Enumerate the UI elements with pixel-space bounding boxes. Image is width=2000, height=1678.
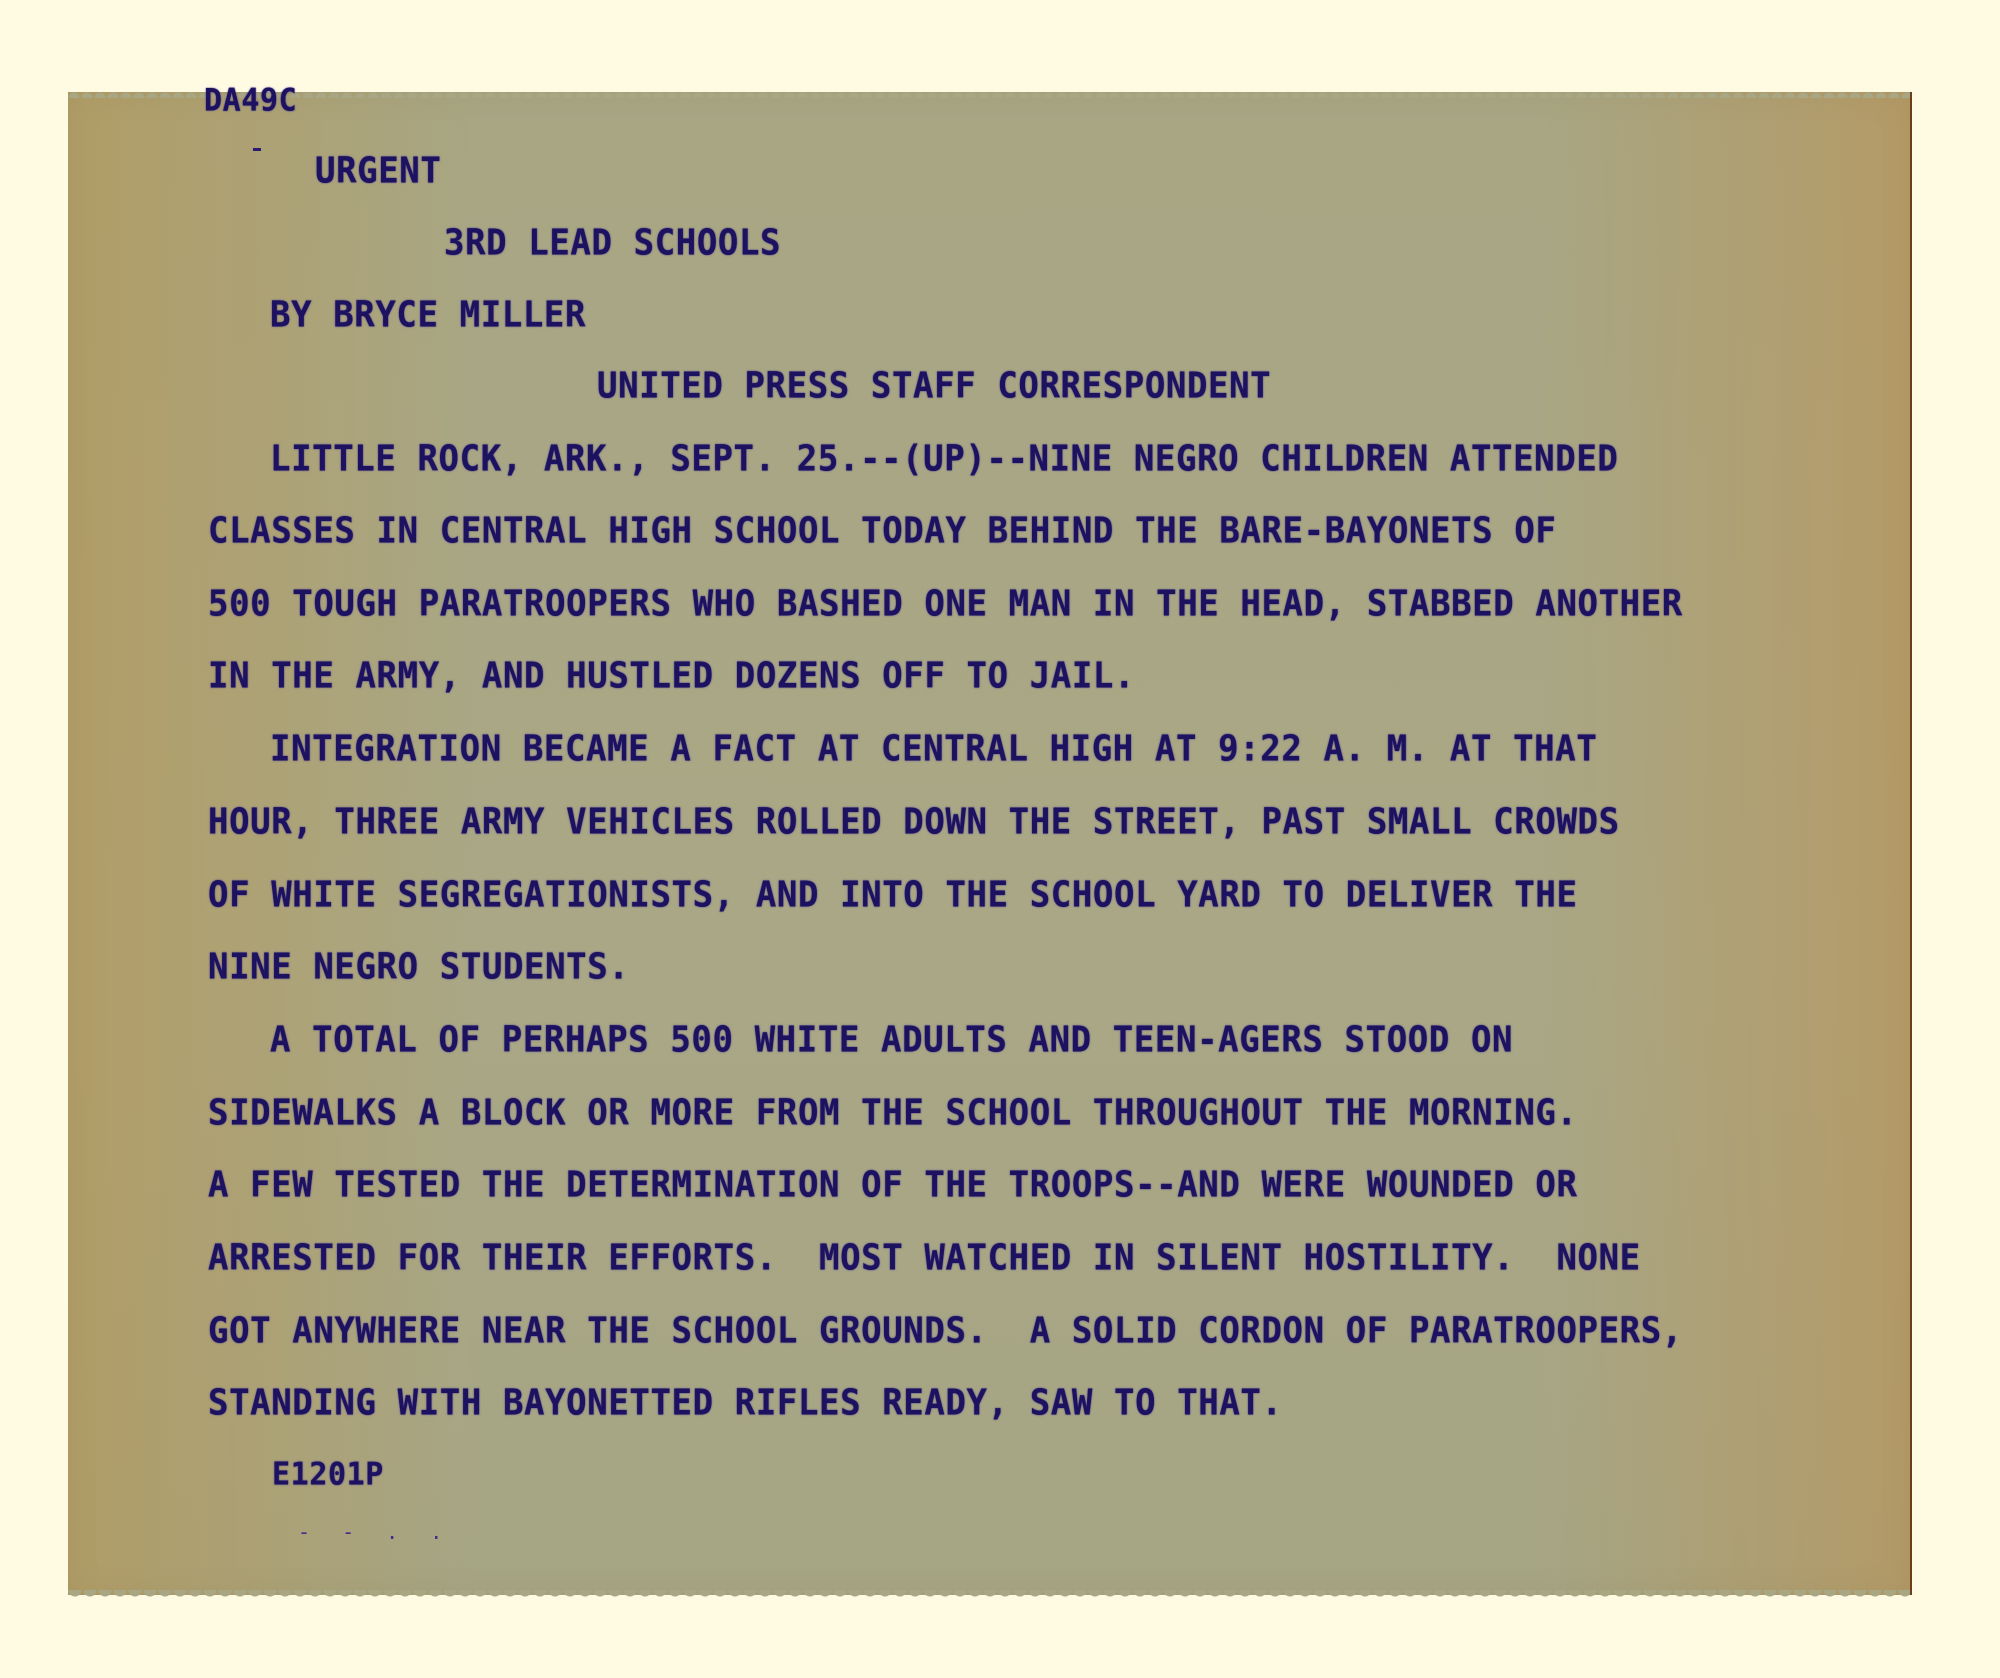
credit-line: UNITED PRESS STAFF CORRESPONDENT <box>597 367 1271 405</box>
body-line: 500 TOUGH PARATROOPERS WHO BASHED ONE MA… <box>208 585 1683 623</box>
body-line: STANDING WITH BAYONETTED RIFLES READY, S… <box>208 1384 1283 1422</box>
body-line: HOUR, THREE ARMY VEHICLES ROLLED DOWN TH… <box>208 803 1620 841</box>
body-line: CLASSES IN CENTRAL HIGH SCHOOL TODAY BEH… <box>208 512 1556 550</box>
body-line: GOT ANYWHERE NEAR THE SCHOOL GROUNDS. A … <box>208 1312 1683 1350</box>
body-line: A FEW TESTED THE DETERMINATION OF THE TR… <box>208 1166 1578 1204</box>
story-slug: 3RD LEAD SCHOOLS <box>444 224 781 262</box>
stray-ink-mark <box>253 148 261 151</box>
byline: BY BRYCE MILLER <box>270 296 586 334</box>
time-code: E1201P <box>272 1456 384 1494</box>
body-line: A TOTAL OF PERHAPS 500 WHITE ADULTS AND … <box>270 1021 1513 1059</box>
torn-top-edge <box>68 88 1910 98</box>
body-line: ARRESTED FOR THEIR EFFORTS. MOST WATCHED… <box>208 1239 1641 1277</box>
trailing-marks: - - . . <box>298 1520 452 1544</box>
priority-label: URGENT <box>315 152 441 190</box>
body-line: LITTLE ROCK, ARK., SEPT. 25.--(UP)--NINE… <box>270 440 1618 478</box>
body-line: NINE NEGRO STUDENTS. <box>208 948 629 986</box>
body-line: INTEGRATION BECAME A FACT AT CENTRAL HIG… <box>270 730 1597 768</box>
slug-code: DA49C <box>204 82 297 120</box>
body-line: OF WHITE SEGREGATIONISTS, AND INTO THE S… <box>208 876 1578 914</box>
body-line: SIDEWALKS A BLOCK OR MORE FROM THE SCHOO… <box>208 1094 1578 1132</box>
torn-bottom-edge <box>68 1590 1910 1600</box>
body-line: IN THE ARMY, AND HUSTLED DOZENS OFF TO J… <box>208 657 1135 695</box>
